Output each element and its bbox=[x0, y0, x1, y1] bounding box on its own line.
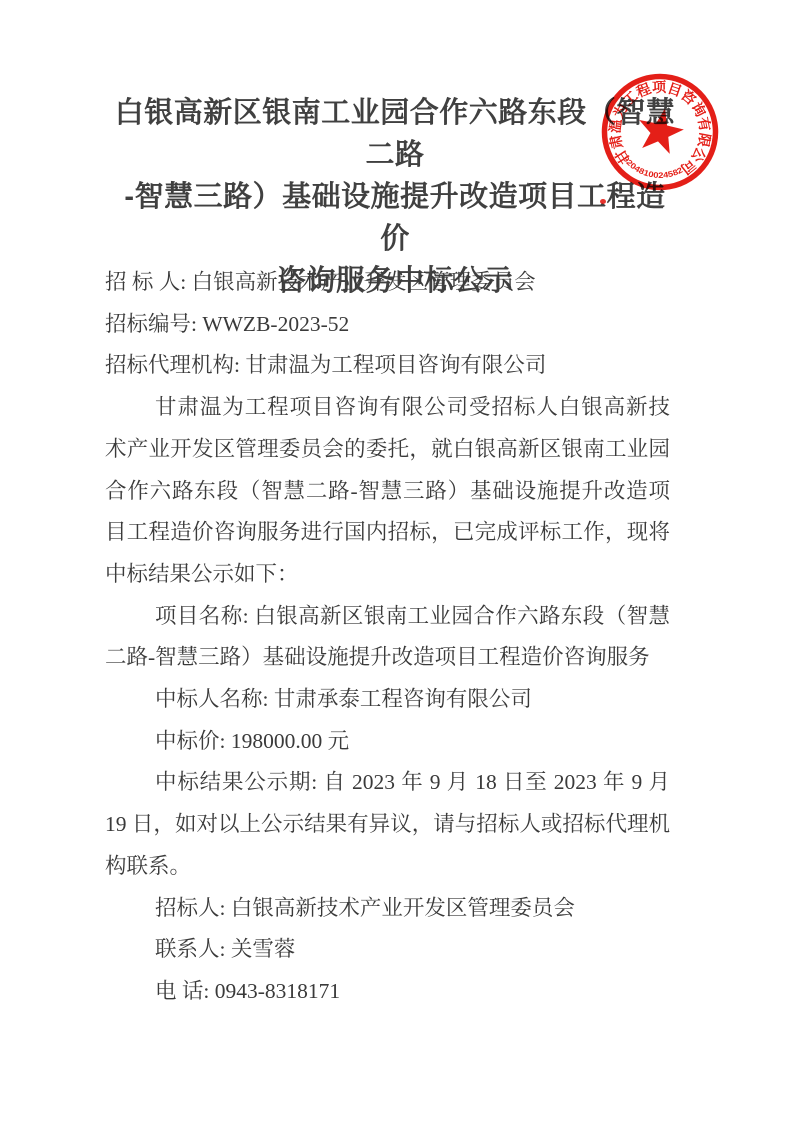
winning-price-line: 中标价: 198000.00 元 bbox=[105, 721, 670, 763]
project-name-line: 项目名称: 白银高新区银南工业园合作六路东段（智慧二路-智慧三路）基础设施提升改… bbox=[105, 596, 670, 679]
seal-star-icon bbox=[634, 104, 688, 156]
stamp-ink-dot bbox=[600, 199, 606, 204]
tender-agency-line: 招标代理机构: 甘肃温为工程项目咨询有限公司 bbox=[105, 345, 670, 387]
publicity-period-paragraph: 中标结果公示期: 自 2023 年 9 月 18 日至 2023 年 9 月 1… bbox=[105, 762, 670, 887]
document-page: 甘肃温为工程项目咨询有限公司 9204810024582 白银高新区银南工业园合… bbox=[0, 0, 793, 1122]
contact-person-line: 联系人: 关雪蓉 bbox=[105, 929, 670, 971]
company-seal-stamp: 甘肃温为工程项目咨询有限公司 9204810024582 bbox=[571, 43, 749, 221]
tender-number-line: 招标编号: WWZB-2023-52 bbox=[105, 304, 670, 346]
announcement-paragraph: 甘肃温为工程项目咨询有限公司受招标人白银高新技术产业开发区管理委员会的委托，就白… bbox=[105, 387, 670, 596]
tenderer-line: 招 标 人: 白银高新技术产业开发区管理委员会 bbox=[105, 262, 670, 304]
phone-line: 电 话: 0943-8318171 bbox=[105, 971, 670, 1013]
document-body: 招 标 人: 白银高新技术产业开发区管理委员会 招标编号: WWZB-2023-… bbox=[105, 262, 670, 1013]
contact-tenderer-line: 招标人: 白银高新技术产业开发区管理委员会 bbox=[105, 888, 670, 930]
winner-name-line: 中标人名称: 甘肃承泰工程咨询有限公司 bbox=[105, 679, 670, 721]
